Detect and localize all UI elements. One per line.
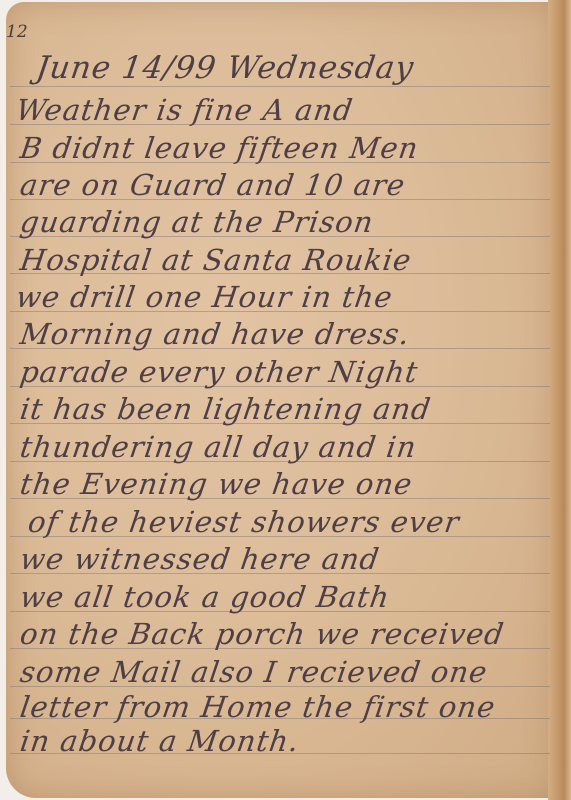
entry-line: Weather is fine A and [14, 93, 355, 127]
entry-line: the Evening we have one [18, 467, 415, 501]
entry-line: B didnt leave fifteen Men [18, 131, 421, 165]
page-number: 12 [6, 22, 28, 42]
entry-line: we all took a good Bath [18, 580, 392, 614]
entry-line: of the heviest showers ever [26, 505, 462, 539]
ruled-line [10, 86, 550, 87]
entry-line: some Mail also I recieved one [18, 655, 490, 689]
entry-line: guarding at the Prison [18, 205, 376, 239]
entry-line: on the Back porch we received [18, 617, 507, 651]
entry-line: we drill one Hour in the [14, 280, 395, 314]
entry-line: we witnessed here and [18, 542, 382, 576]
entry-line: Hospital at Santa Roukie [18, 243, 414, 277]
entry-line: thundering all day and in [18, 430, 419, 464]
entry-date-line: June 14/99 Wednesday [34, 50, 416, 86]
entry-line: letter from Home the first one [18, 690, 498, 724]
book-binding-edge [548, 0, 571, 800]
entry-line: parade every other Night [18, 355, 420, 389]
entry-line: Morning and have dress. [18, 317, 412, 351]
entry-line: in about a Month. [18, 724, 302, 758]
scanned-page: 12 June 14/99 Wednesday Weather is fine … [0, 0, 571, 800]
entry-line: are on Guard and 10 are [18, 168, 408, 202]
entry-line: it has been lightening and [18, 392, 433, 426]
